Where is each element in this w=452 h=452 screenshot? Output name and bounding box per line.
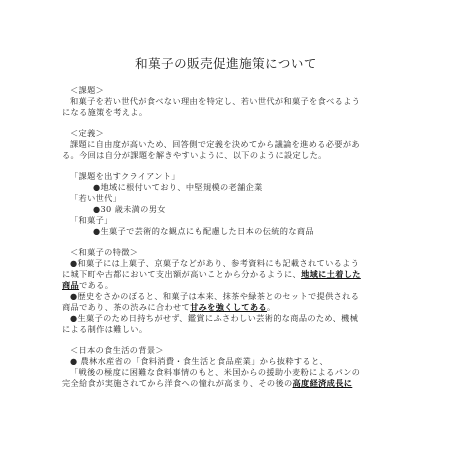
text-run: 完全給食が実施されてから洋食への憧れが高まり、その後の <box>62 378 293 388</box>
text-run: に城下町や古都において支出額が高いことから分かるように、 <box>62 269 301 279</box>
text-run: 。 <box>267 302 276 312</box>
emphasis-text: 甘みを強くしてある <box>190 302 267 312</box>
paragraph-line: 和菓子を若い世代が食べない理由を特定し、若い世代が和菓子を食べるよう <box>70 96 405 107</box>
definition-label: 「課題を出すクライアント」 <box>70 171 405 182</box>
paragraph-line: による制作は難しい。 <box>62 324 397 335</box>
text-run: である。 <box>79 280 113 290</box>
paragraph-line: ●生菓子のため日持ちがせず、鑑賞にふさわしい芸術的な商品のため、機械 <box>70 313 405 324</box>
paragraph-line: に城下町や古都において支出額が高いことから分かるように、地域に土着した <box>62 269 397 280</box>
emphasis-text: 高度経済成長に <box>293 378 353 388</box>
paragraph-line: ●歴史をさかのぼると、和菓子は本来、抹茶や緑茶とのセットで提供される <box>70 291 405 302</box>
section-heading-haikei: ＜日本の食生活の背景＞ <box>70 345 405 356</box>
emphasis-text: 商品 <box>62 280 79 290</box>
paragraph-line: 商品である。 <box>62 280 397 291</box>
emphasis-text: 地域に土着した <box>301 269 361 279</box>
paragraph-line: 課題に自由度が高いため、回答側で定義を決めてから議論を進める必要があ <box>70 139 405 150</box>
section-heading-teigi: ＜定義＞ <box>70 128 405 139</box>
paragraph-line: 商品であり、茶の渋みに合わせて甘みを強くしてある。 <box>62 302 397 313</box>
paragraph-line: ●和菓子には上菓子、京菓子などがあり、参考資料にも記載されているよう <box>70 258 405 269</box>
paragraph-line: 「戦後の極度に困難な食料事情のもと、米国からの援助小麦粉によるパンの <box>70 367 405 378</box>
document-title: 和菓子の販売促進施策について <box>0 54 452 72</box>
definition-bullet: ●30 歳未満の男女 <box>93 204 428 215</box>
paragraph-line: 完全給食が実施されてから洋食への憧れが高まり、その後の高度経済成長に <box>62 378 397 389</box>
section-heading-tokucho: ＜和菓子の特徴＞ <box>70 247 405 258</box>
document-page: 和菓子の販売促進施策について ＜課題＞ 和菓子を若い世代が食べない理由を特定し、… <box>0 0 452 452</box>
text-run: 商品であり、茶の渋みに合わせて <box>62 302 190 312</box>
paragraph-line: ● 農林水産省の「食料消費・食生活と食品産業」から抜粋すると、 <box>70 356 405 367</box>
definition-label: 「若い世代」 <box>70 193 405 204</box>
definition-bullet: ●地域に根付いており、中堅規模の老舗企業 <box>93 182 428 193</box>
definition-label: 「和菓子」 <box>70 215 405 226</box>
paragraph-line: る。今回は自分が課題を解きやすいように、以下のように設定した。 <box>62 150 397 161</box>
section-heading-kadai: ＜課題＞ <box>70 85 405 96</box>
definition-bullet: ●生菓子で芸術的な観点にも配慮した日本の伝統的な商品 <box>93 226 428 237</box>
paragraph-line: になる施策を考えよ。 <box>62 107 397 118</box>
